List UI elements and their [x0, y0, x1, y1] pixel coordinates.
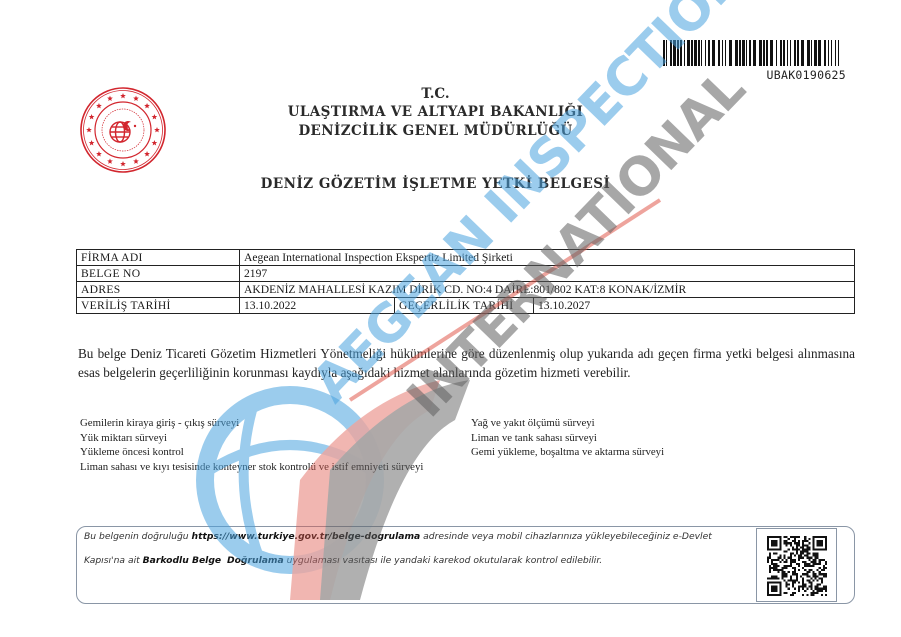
- verification-line2-suffix: uygulaması vasıtası ile yandaki karekod …: [284, 555, 603, 566]
- qr-code-icon[interactable]: [766, 536, 828, 596]
- service-item: Liman sahası ve kıyı tesisinde konteyner…: [80, 460, 470, 475]
- firm-name-label: FİRMA ADI: [77, 250, 240, 266]
- header-tc: T.C.: [0, 86, 886, 102]
- table-row-dates: VERİLİŞ TARİHİ 13.10.2022 GEÇERLİLİK TAR…: [77, 298, 855, 314]
- verification-text-line2: Kapısı'na ait Barkodlu Belge Doğrulama u…: [84, 555, 602, 566]
- certificate-no-value: 2197: [240, 266, 855, 282]
- table-row-address: ADRES AKDENİZ MAHALLESİ KAZIM DİRİK CD. …: [77, 282, 855, 298]
- company-info-table: FİRMA ADI Aegean International Inspectio…: [76, 249, 855, 314]
- services-left-list: Gemilerin kiraya giriş - çıkış sürveyi Y…: [80, 416, 470, 475]
- verification-line2-prefix: Kapısı'na ait: [84, 555, 143, 566]
- verification-suffix: adresinde veya mobil cihazlarınıza yükle…: [420, 531, 712, 542]
- document-title: DENİZ GÖZETİM İŞLETME YETKİ BELGESİ: [0, 176, 886, 192]
- barcode-icon: [663, 40, 843, 66]
- issue-date-value: 13.10.2022: [244, 298, 394, 313]
- header-ministry: ULAŞTIRMA VE ALTYAPI BAKANLIĞI: [0, 104, 886, 120]
- verification-text-line1: Bu belgenin doğruluğu https://www.turkiy…: [84, 531, 712, 542]
- intro-paragraph: Bu belge Deniz Ticareti Gözetim Hizmetle…: [78, 344, 855, 382]
- firm-name-value: Aegean International Inspection Eksperti…: [240, 250, 855, 266]
- issue-date-label: VERİLİŞ TARİHİ: [77, 298, 240, 314]
- barcoded-document-text: Barkodlu Belge: [143, 555, 221, 566]
- address-label: ADRES: [77, 282, 240, 298]
- validity-date-value: 13.10.2027: [538, 298, 590, 313]
- verification-app-text: Doğrulama: [227, 555, 284, 566]
- validity-date-label: GEÇERLİLİK TARİHİ: [394, 298, 534, 313]
- service-item: Liman ve tank sahası sürveyi: [471, 431, 801, 446]
- services-right-list: Yağ ve yakıt ölçümü sürveyi Liman ve tan…: [471, 416, 801, 460]
- table-row-firm: FİRMA ADI Aegean International Inspectio…: [77, 250, 855, 266]
- service-item: Yükleme öncesi kontrol: [80, 445, 470, 460]
- service-item: Gemi yükleme, boşaltma ve aktarma sürvey…: [471, 445, 801, 460]
- service-item: Gemilerin kiraya giriş - çıkış sürveyi: [80, 416, 470, 431]
- verification-prefix: Bu belgenin doğruluğu: [84, 531, 192, 542]
- certificate-no-label: BELGE NO: [77, 266, 240, 282]
- table-row-certificate-no: BELGE NO 2197: [77, 266, 855, 282]
- barcode-number: UBAK0190625: [740, 68, 846, 82]
- header-directorate: DENİZCİLİK GENEL MÜDÜRLÜĞÜ: [0, 123, 886, 139]
- address-value: AKDENİZ MAHALLESİ KAZIM DİRİK CD. NO:4 D…: [240, 282, 855, 298]
- service-item: Yük miktarı sürveyi: [80, 431, 470, 446]
- verification-url-link[interactable]: https://www.turkiye.gov.tr/belge-dogrula…: [192, 531, 421, 542]
- service-item: Yağ ve yakıt ölçümü sürveyi: [471, 416, 801, 431]
